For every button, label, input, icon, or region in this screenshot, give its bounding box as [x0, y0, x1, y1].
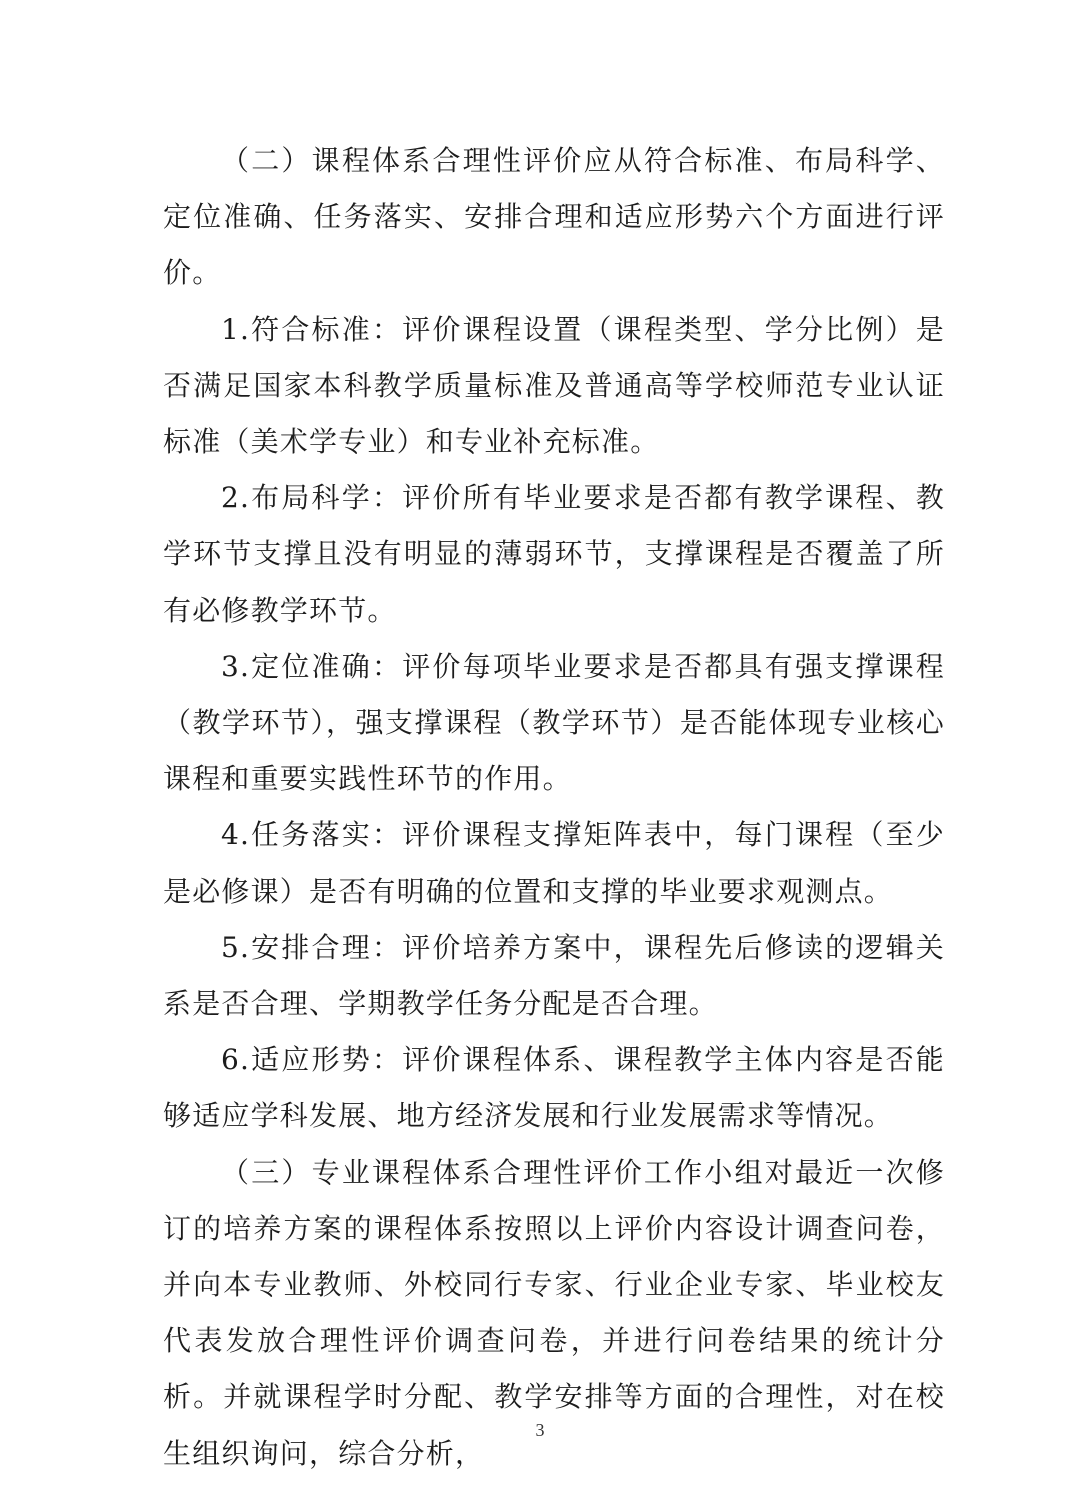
document-body: （二）课程体系合理性评价应从符合标准、布局科学、定位准确、任务落实、安排合理和适… — [163, 133, 945, 1482]
paragraph-section-2-intro: （二）课程体系合理性评价应从符合标准、布局科学、定位准确、任务落实、安排合理和适… — [163, 133, 945, 302]
page-number: 3 — [0, 1420, 1080, 1441]
paragraph-item-1-standards: 1.符合标准：评价课程设置（课程类型、学分比例）是否满足国家本科教学质量标准及普… — [163, 302, 945, 471]
paragraph-item-6-adaptation: 6.适应形势：评价课程体系、课程教学主体内容是否能够适应学科发展、地方经济发展和… — [163, 1032, 945, 1144]
paragraph-item-4-tasks: 4.任务落实：评价课程支撑矩阵表中，每门课程（至少是必修课）是否有明确的位置和支… — [163, 807, 945, 919]
paragraph-item-2-layout: 2.布局科学：评价所有毕业要求是否都有教学课程、教学环节支撑且没有明显的薄弱环节… — [163, 470, 945, 639]
paragraph-item-5-arrangement: 5.安排合理：评价培养方案中，课程先后修读的逻辑关系是否合理、学期教学任务分配是… — [163, 920, 945, 1032]
paragraph-item-3-positioning: 3.定位准确：评价每项毕业要求是否都具有强支撑课程（教学环节），强支撑课程（教学… — [163, 639, 945, 808]
